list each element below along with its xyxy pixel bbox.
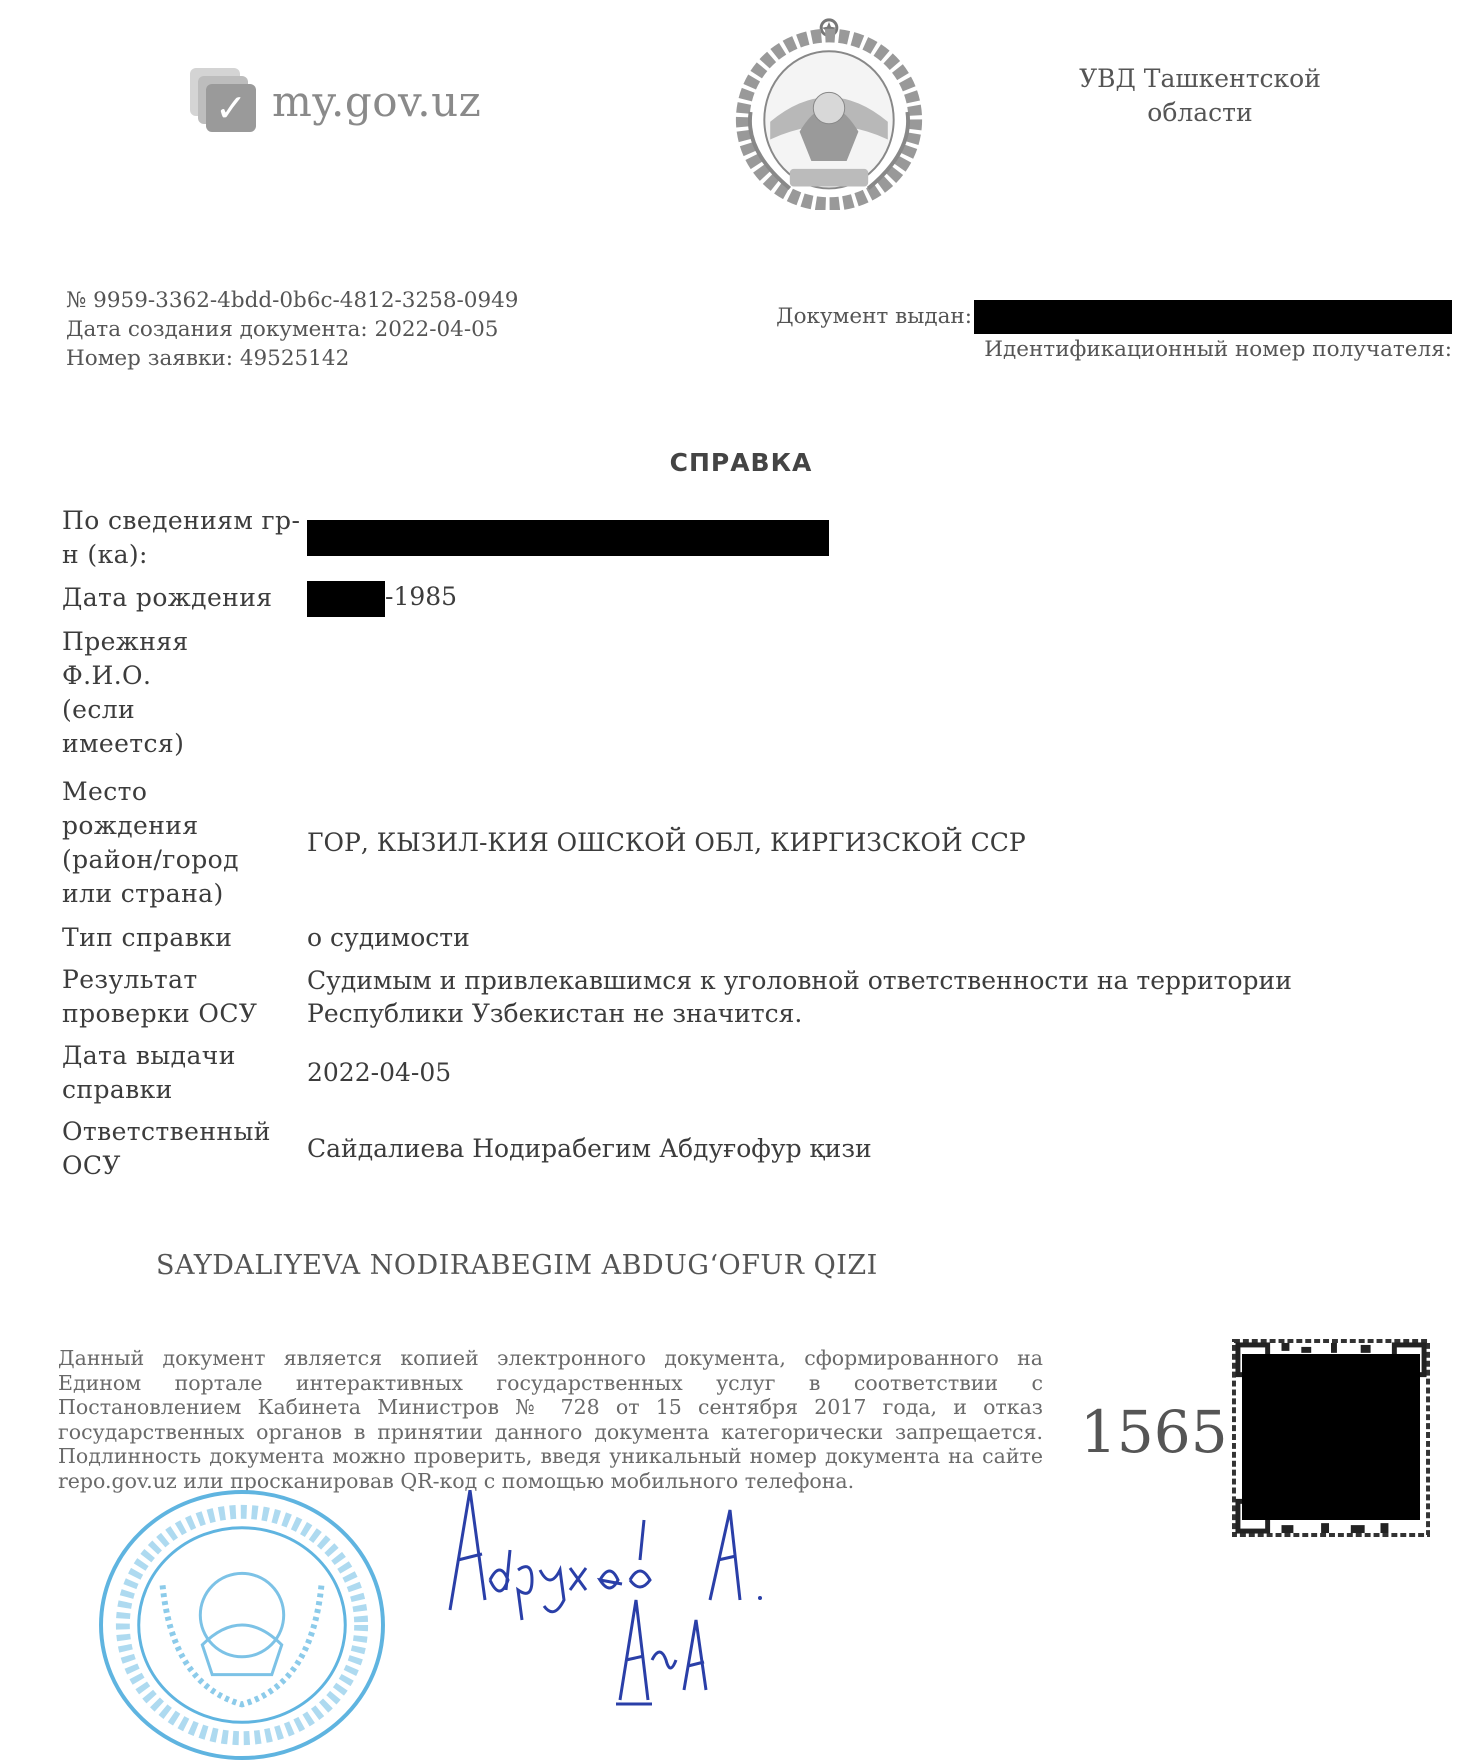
field-value: о судимости xyxy=(307,921,1362,954)
field-label: По сведениям гр-н (ка): xyxy=(62,504,307,572)
field-row-birthplace: Место рождения (район/город или страна) … xyxy=(62,775,1362,911)
field-value: Сайдалиева Нодирабегим Абдуғофур қизи xyxy=(307,1132,1362,1165)
document-meta: № 9959-3362-4bdd-0b6c-4812-3258-0949 Дат… xyxy=(66,286,518,373)
birthdate-redaction xyxy=(307,581,385,617)
request-number-label: Номер заявки: xyxy=(66,346,233,371)
creation-date-value: 2022-04-05 xyxy=(375,317,499,342)
field-label: Место рождения (район/город или страна) xyxy=(62,775,262,911)
field-row-issue-date: Дата выдачи справки 2022-04-05 xyxy=(62,1039,1362,1107)
authenticity-disclaimer: Данный документ является копией электрон… xyxy=(58,1346,1043,1493)
birth-year: -1985 xyxy=(385,582,457,611)
document-title: СПРАВКА xyxy=(0,448,1482,477)
field-label: Тип справки xyxy=(62,921,307,955)
checkmark-stack-icon: ✓ xyxy=(190,68,258,134)
agency-line-2: области xyxy=(1050,96,1350,130)
field-label: Ответственный ОСУ xyxy=(62,1115,307,1183)
field-value xyxy=(307,520,1362,557)
certificate-fields: По сведениям гр-н (ка): Дата рождения -1… xyxy=(62,504,1362,1191)
field-label: Прежняя Ф.И.О. (если имеется) xyxy=(62,625,232,761)
document-number: № 9959-3362-4bdd-0b6c-4812-3258-0949 xyxy=(66,286,518,315)
recipient-id-label: Идентификационный номер получателя: xyxy=(776,334,1452,366)
qr-code-icon xyxy=(1232,1338,1430,1538)
field-row-citizen: По сведениям гр-н (ка): xyxy=(62,504,1362,572)
field-value: ГОР, КЫЗИЛ-КИЯ ОШСКОЙ ОБЛ, КИРГИЗСКОЙ СС… xyxy=(307,826,1362,859)
field-value: -1985 xyxy=(307,580,1362,617)
signature-icon xyxy=(440,1490,820,1710)
creation-date-label: Дата создания документа: xyxy=(66,317,368,342)
agency-line-1: УВД Ташкентской xyxy=(1050,62,1350,96)
logo-text: my.gov.uz xyxy=(272,77,481,126)
mygov-logo: ✓ my.gov.uz xyxy=(190,68,481,134)
field-value: Судимым и привлекавшимся к уголовной отв… xyxy=(307,964,1327,1030)
issuing-agency: УВД Ташкентской области xyxy=(1050,62,1350,130)
recipient-meta: Документ выдан: Идентификационный номер … xyxy=(776,300,1452,366)
field-row-result: Результат проверки ОСУ Судимым и привлек… xyxy=(62,963,1362,1031)
issued-to-label: Документ выдан: xyxy=(776,301,972,333)
request-number: Номер заявки: 49525142 xyxy=(66,344,518,373)
official-stamp-icon xyxy=(90,1486,394,1764)
field-value: 2022-04-05 xyxy=(307,1056,1362,1089)
field-label: Дата выдачи справки xyxy=(62,1039,262,1107)
field-row-type: Тип справки о судимости xyxy=(62,921,1362,955)
field-row-responsible: Ответственный ОСУ Сайдалиева Нодирабегим… xyxy=(62,1115,1362,1183)
latin-name: SAYDALIYEVA NODIRABEGIM ABDUG‘OFUR QIZI xyxy=(156,1250,878,1281)
issued-to-redaction xyxy=(974,300,1452,334)
issued-to: Документ выдан: xyxy=(776,300,1452,334)
field-row-birthdate: Дата рождения -1985 xyxy=(62,580,1362,617)
state-emblem-icon xyxy=(730,14,928,210)
document-code: 1565 xyxy=(1080,1398,1228,1466)
citizen-name-redaction xyxy=(307,520,829,556)
creation-date: Дата создания документа: 2022-04-05 xyxy=(66,315,518,344)
request-number-value: 49525142 xyxy=(240,346,349,371)
field-label: Результат проверки ОСУ xyxy=(62,963,282,1031)
field-row-former-name: Прежняя Ф.И.О. (если имеется) xyxy=(62,625,1362,761)
field-label: Дата рождения xyxy=(62,581,307,615)
